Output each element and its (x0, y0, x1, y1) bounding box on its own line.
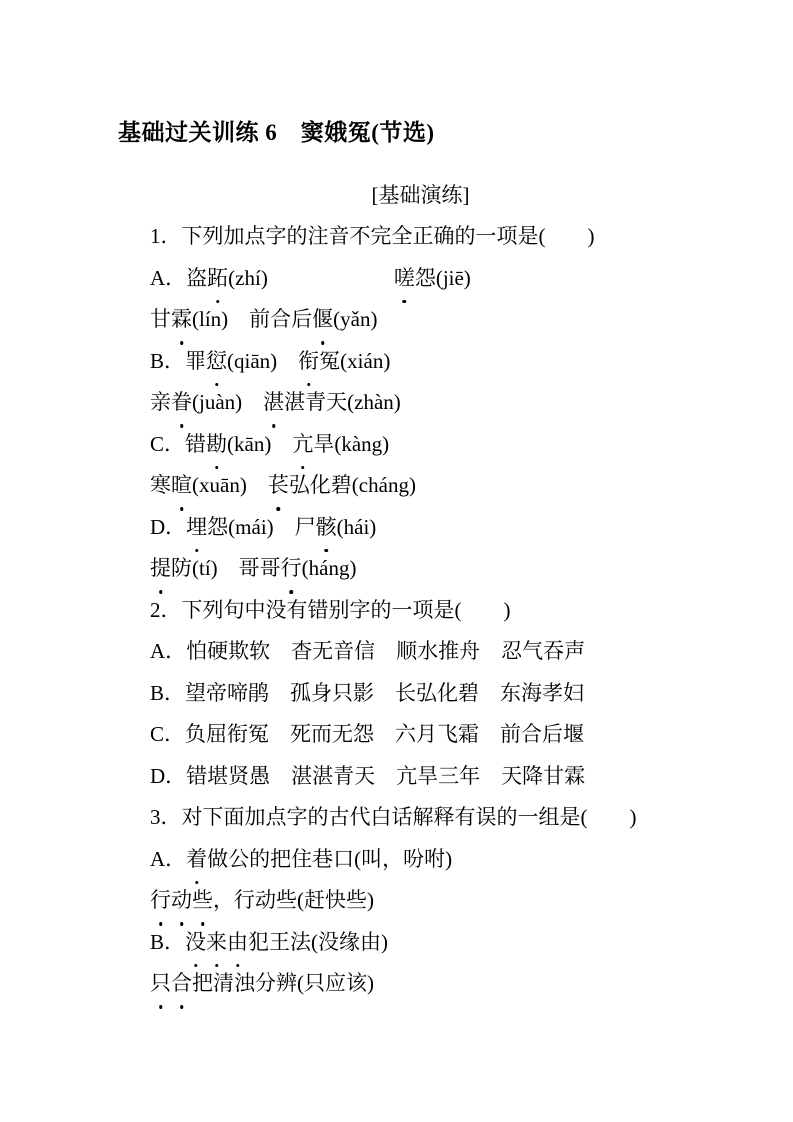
question-1-stem: 1．下列加点字的注音不完全正确的一项是( ) (118, 216, 723, 258)
emphasized-char: 苌 (268, 465, 289, 507)
emphasized-char: 亢 (292, 424, 313, 466)
emphasized-char: 愆 (206, 341, 227, 383)
question-3-option-a: A．着做公的把住巷口(叫，吩咐) (118, 839, 723, 881)
section-header: [基础演练] (118, 182, 723, 208)
question-1-option-a-line-2: 甘霖(lín) 前合后偃(yǎn) (118, 299, 723, 341)
emphasized-char: 些 (192, 880, 213, 922)
question-1-option-b-line-2: 亲眷(juàn) 湛湛青天(zhàn) (118, 382, 723, 424)
emphasized-char: 眷 (171, 382, 192, 424)
emphasized-char: 合 (171, 963, 192, 1005)
question-1-option-c: C．错勘(kān) 亢旱(kàng) (118, 424, 723, 466)
emphasized-char: 动 (171, 880, 192, 922)
question-3-option-b-line-2: 只合把清浊分辨(只应该) (118, 963, 723, 1005)
emphasized-char: 着 (186, 839, 207, 881)
emphasized-char: 跖 (207, 258, 228, 300)
question-2-option-b: B．望帝啼鹃 孤身只影 长弘化碧 东海孝妇 (118, 673, 723, 715)
question-2-option-a: A．怕硬欺软 杳无音信 顺水推舟 忍气吞声 (118, 631, 723, 673)
question-1-option-b: B．罪愆(qiān) 衔冤(xián) (118, 341, 723, 383)
emphasized-char: 勘 (206, 424, 227, 466)
question-3-stem: 3．对下面加点字的古代白话解释有误的一组是( ) (118, 797, 723, 839)
question-2: 2．下列句中没有错别字的一项是( ) A．怕硬欺软 杳无音信 顺水推舟 忍气吞声… (118, 590, 723, 798)
emphasized-char: 提 (150, 548, 171, 590)
question-1: 1．下列加点字的注音不完全正确的一项是( ) A．盗跖(zhí) 嗟怨(jiē)… (118, 216, 723, 590)
emphasized-char: 霖 (171, 299, 192, 341)
emphasized-char: 暄 (171, 465, 192, 507)
emphasized-char: 湛 (263, 382, 284, 424)
emphasized-char: 来 (206, 922, 227, 964)
emphasized-char: 没 (185, 922, 206, 964)
emphasized-char: 只 (150, 963, 171, 1005)
question-3-option-b: B．没来由犯王法(没缘由) (118, 922, 723, 964)
question-1-option-d-line-2: 提防(tí) 哥哥行(háng) (118, 548, 723, 590)
document-title: 基础过关训练 6 窦娥冤(节选) (118, 120, 723, 146)
emphasized-char: 由 (227, 922, 248, 964)
question-3-option-a-line-2: 行动些，行动些(赶快些) (118, 880, 723, 922)
question-2-option-c: C．负屈衔冤 死而无怨 六月飞霜 前合后堰 (118, 714, 723, 756)
question-2-option-d: D．错堪贤愚 湛湛青天 亢旱三年 天降甘霖 (118, 756, 723, 798)
emphasized-char: 行 (150, 880, 171, 922)
question-1-option-c-line-2: 寒暄(xuān) 苌弘化碧(cháng) (118, 465, 723, 507)
exercise-content: 1．下列加点字的注音不完全正确的一项是( ) A．盗跖(zhí) 嗟怨(jiē)… (118, 216, 723, 1005)
emphasized-char: 行 (281, 548, 302, 590)
question-2-stem: 2．下列句中没有错别字的一项是( ) (118, 590, 723, 632)
question-1-option-d: D．埋怨(mái) 尸骸(hái) (118, 507, 723, 549)
document-page: 基础过关训练 6 窦娥冤(节选) [基础演练] 1．下列加点字的注音不完全正确的… (0, 0, 793, 1122)
question-1-option-a: A．盗跖(zhí) 嗟怨(jiē) (118, 258, 723, 300)
emphasized-char: 衔 (298, 341, 319, 383)
emphasized-char: 骸 (316, 507, 337, 549)
question-3: 3．对下面加点字的古代白话解释有误的一组是( ) A．着做公的把住巷口(叫，吩咐… (118, 797, 723, 1005)
emphasized-char: 偃 (312, 299, 333, 341)
emphasized-char: 嗟 (394, 258, 415, 300)
emphasized-char: 埋 (186, 507, 207, 549)
